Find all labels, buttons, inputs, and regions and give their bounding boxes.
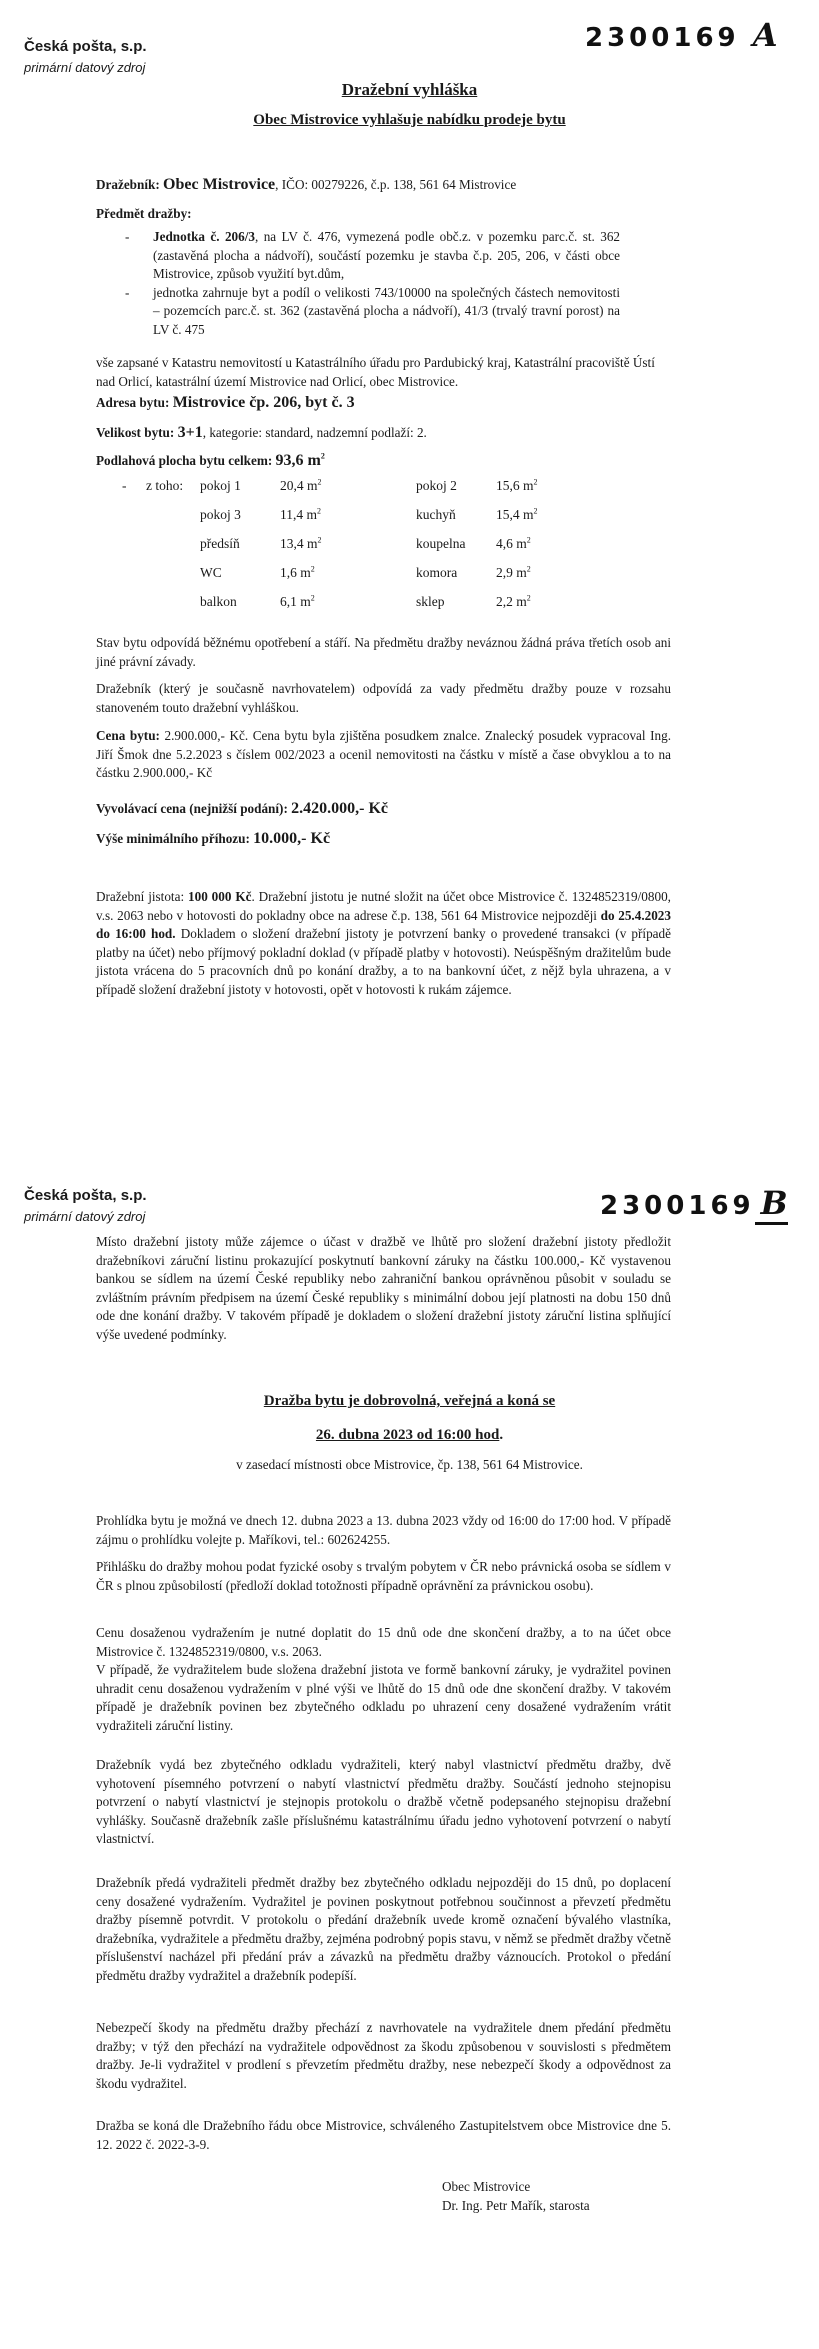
auction-date-suffix: . (499, 1427, 503, 1443)
post-office-name: Česká pošta, s.p. (24, 1187, 147, 1204)
auction-date: 26. dubna 2023 od 16:00 hod (316, 1427, 499, 1443)
stamp-number: 2300169 (600, 1191, 755, 1221)
room-name: pokoj 2 (416, 478, 457, 494)
deposit-amount: 100 000 Kč (188, 889, 251, 904)
room-area: 1,6 m2 (280, 565, 315, 581)
floor-area-label: Podlahová plocha bytu celkem: (96, 453, 272, 468)
min-bid-line: Výše minimálního příhozu: 10.000,- Kč (96, 830, 330, 849)
address-line: Adresa bytu: Mistrovice čp. 206, byt č. … (96, 394, 355, 413)
auction-date-line: 26. dubna 2023 od 16:00 hod. (0, 1427, 819, 1444)
starting-price-value: 2.420.000,- Kč (291, 800, 388, 817)
data-source-label: primární datový zdroj (24, 60, 145, 75)
size-details: , kategorie: standard, nadzemní podlaží:… (203, 425, 427, 440)
min-bid-label: Výše minimálního příhozu: (96, 831, 250, 846)
signature-organization: Obec Mistrovice (442, 2178, 590, 2197)
deposit-label: Dražební jistota: (96, 889, 188, 904)
auction-heading: Dražba bytu je dobrovolná, veřejná a kon… (0, 1393, 819, 1410)
registry-text: vše zapsané v Katastru nemovitostí u Kat… (96, 354, 671, 391)
auction-place: v zasedací místnosti obce Mistrovice, čp… (0, 1456, 819, 1475)
room-area: 15,6 m2 (496, 478, 538, 494)
guarantee-text: Místo dražební jistoty může zájemce o úč… (96, 1233, 671, 1344)
subject-label: Předmět dražby: (96, 205, 192, 224)
subject-item-bold: Jednotka č. 206/3 (153, 229, 255, 244)
stamp-letter: A (753, 16, 778, 54)
auctioneer-label: Dražebník: (96, 177, 160, 192)
subject-list: Jednotka č. 206/3, na LV č. 476, vymezen… (125, 228, 620, 339)
room-name: balkon (200, 594, 237, 610)
price-text: Cena bytu: 2.900.000,- Kč. Cena bytu byl… (96, 727, 671, 783)
room-name: sklep (416, 594, 445, 610)
room-name: předsíň (200, 536, 240, 552)
rooms-dash: - (122, 478, 127, 494)
payment-text-2: V případě, že vydražitelem bude složena … (96, 1661, 671, 1735)
document-stamp: 2300169 A (585, 16, 778, 54)
address-label: Adresa bytu: (96, 395, 169, 410)
rooms-prefix: z toho: (146, 478, 183, 494)
room-area: 2,9 m2 (496, 565, 531, 581)
document-subtitle: Obec Mistrovice vyhlašuje nabídku prodej… (0, 112, 819, 129)
starting-price-label: Vyvolávací cena (nejnižší podání): (96, 801, 288, 816)
room-name: WC (200, 565, 222, 581)
room-name: komora (416, 565, 457, 581)
room-name: pokoj 1 (200, 478, 241, 494)
deposit-text: Dražební jistota: 100 000 Kč. Dražební j… (96, 888, 671, 999)
size-label: Velikost bytu: (96, 425, 174, 440)
price-label: Cena bytu: (96, 728, 160, 743)
subject-item-text: jednotka zahrnuje byt a podíl o velikost… (153, 285, 620, 337)
room-area: 11,4 m2 (280, 507, 321, 523)
document-stamp: 2300169B (600, 1184, 788, 1222)
auctioneer-name: Obec Mistrovice (163, 176, 275, 193)
liability-text: Dražebník (který je současně navrhovatel… (96, 680, 671, 717)
min-bid-value: 10.000,- Kč (253, 830, 330, 847)
handover-text-2: Nebezpečí škody na předmětu dražby přech… (96, 2019, 671, 2093)
size-value: 3+1 (178, 424, 203, 441)
handover-text-1: Dražebník předá vydražiteli předmět draž… (96, 1874, 671, 1985)
auctioneer-details: , IČO: 00279226, č.p. 138, 561 64 Mistro… (275, 177, 516, 192)
post-office-name: Česká pošta, s.p. (24, 38, 147, 55)
address-value: Mistrovice čp. 206, byt č. 3 (173, 394, 355, 411)
room-name: kuchyň (416, 507, 456, 523)
room-area: 20,4 m2 (280, 478, 322, 494)
size-line: Velikost bytu: 3+1, kategorie: standard,… (96, 424, 427, 443)
data-source-label: primární datový zdroj (24, 1209, 145, 1224)
floor-area-value: 93,6 m2 (276, 452, 325, 469)
subject-item: jednotka zahrnuje byt a podíl o velikost… (125, 284, 620, 340)
room-area: 15,4 m2 (496, 507, 538, 523)
signature-block: Obec Mistrovice Dr. Ing. Petr Mařík, sta… (442, 2178, 590, 2215)
room-area: 4,6 m2 (496, 536, 531, 552)
signature-name: Dr. Ing. Petr Mařík, starosta (442, 2197, 590, 2216)
subject-item: Jednotka č. 206/3, na LV č. 476, vymezen… (125, 228, 620, 284)
room-name: koupelna (416, 536, 466, 552)
ownership-text: Dražebník vydá bez zbytečného odkladu vy… (96, 1756, 671, 1849)
payment-text-1: Cenu dosaženou vydražením je nutné dopla… (96, 1624, 671, 1661)
application-text: Přihlášku do dražby mohou podat fyzické … (96, 1558, 671, 1595)
condition-text: Stav bytu odpovídá běžnému opotřebení a … (96, 634, 671, 671)
stamp-letter: B (755, 1184, 788, 1225)
rules-text: Dražba se koná dle Dražebního řádu obce … (96, 2117, 671, 2154)
floor-area-line: Podlahová plocha bytu celkem: 93,6 m2 (96, 452, 325, 471)
room-area: 2,2 m2 (496, 594, 531, 610)
auctioneer-line: Dražebník: Obec Mistrovice, IČO: 0027922… (96, 176, 696, 195)
viewing-text: Prohlídka bytu je možná ve dnech 12. dub… (96, 1512, 671, 1549)
room-area: 13,4 m2 (280, 536, 322, 552)
floor-area-sup: 2 (321, 452, 325, 461)
document-title: Dražební vyhláška (0, 80, 819, 100)
room-name: pokoj 3 (200, 507, 241, 523)
deposit-text-2: Dokladem o složení dražební jistoty je p… (96, 926, 671, 997)
starting-price-line: Vyvolávací cena (nejnižší podání): 2.420… (96, 800, 388, 819)
floor-area-number: 93,6 m (276, 452, 321, 469)
room-area: 6,1 m2 (280, 594, 315, 610)
price-details: 2.900.000,- Kč. Cena bytu byla zjištěna … (96, 728, 671, 780)
stamp-number: 2300169 (585, 23, 740, 53)
